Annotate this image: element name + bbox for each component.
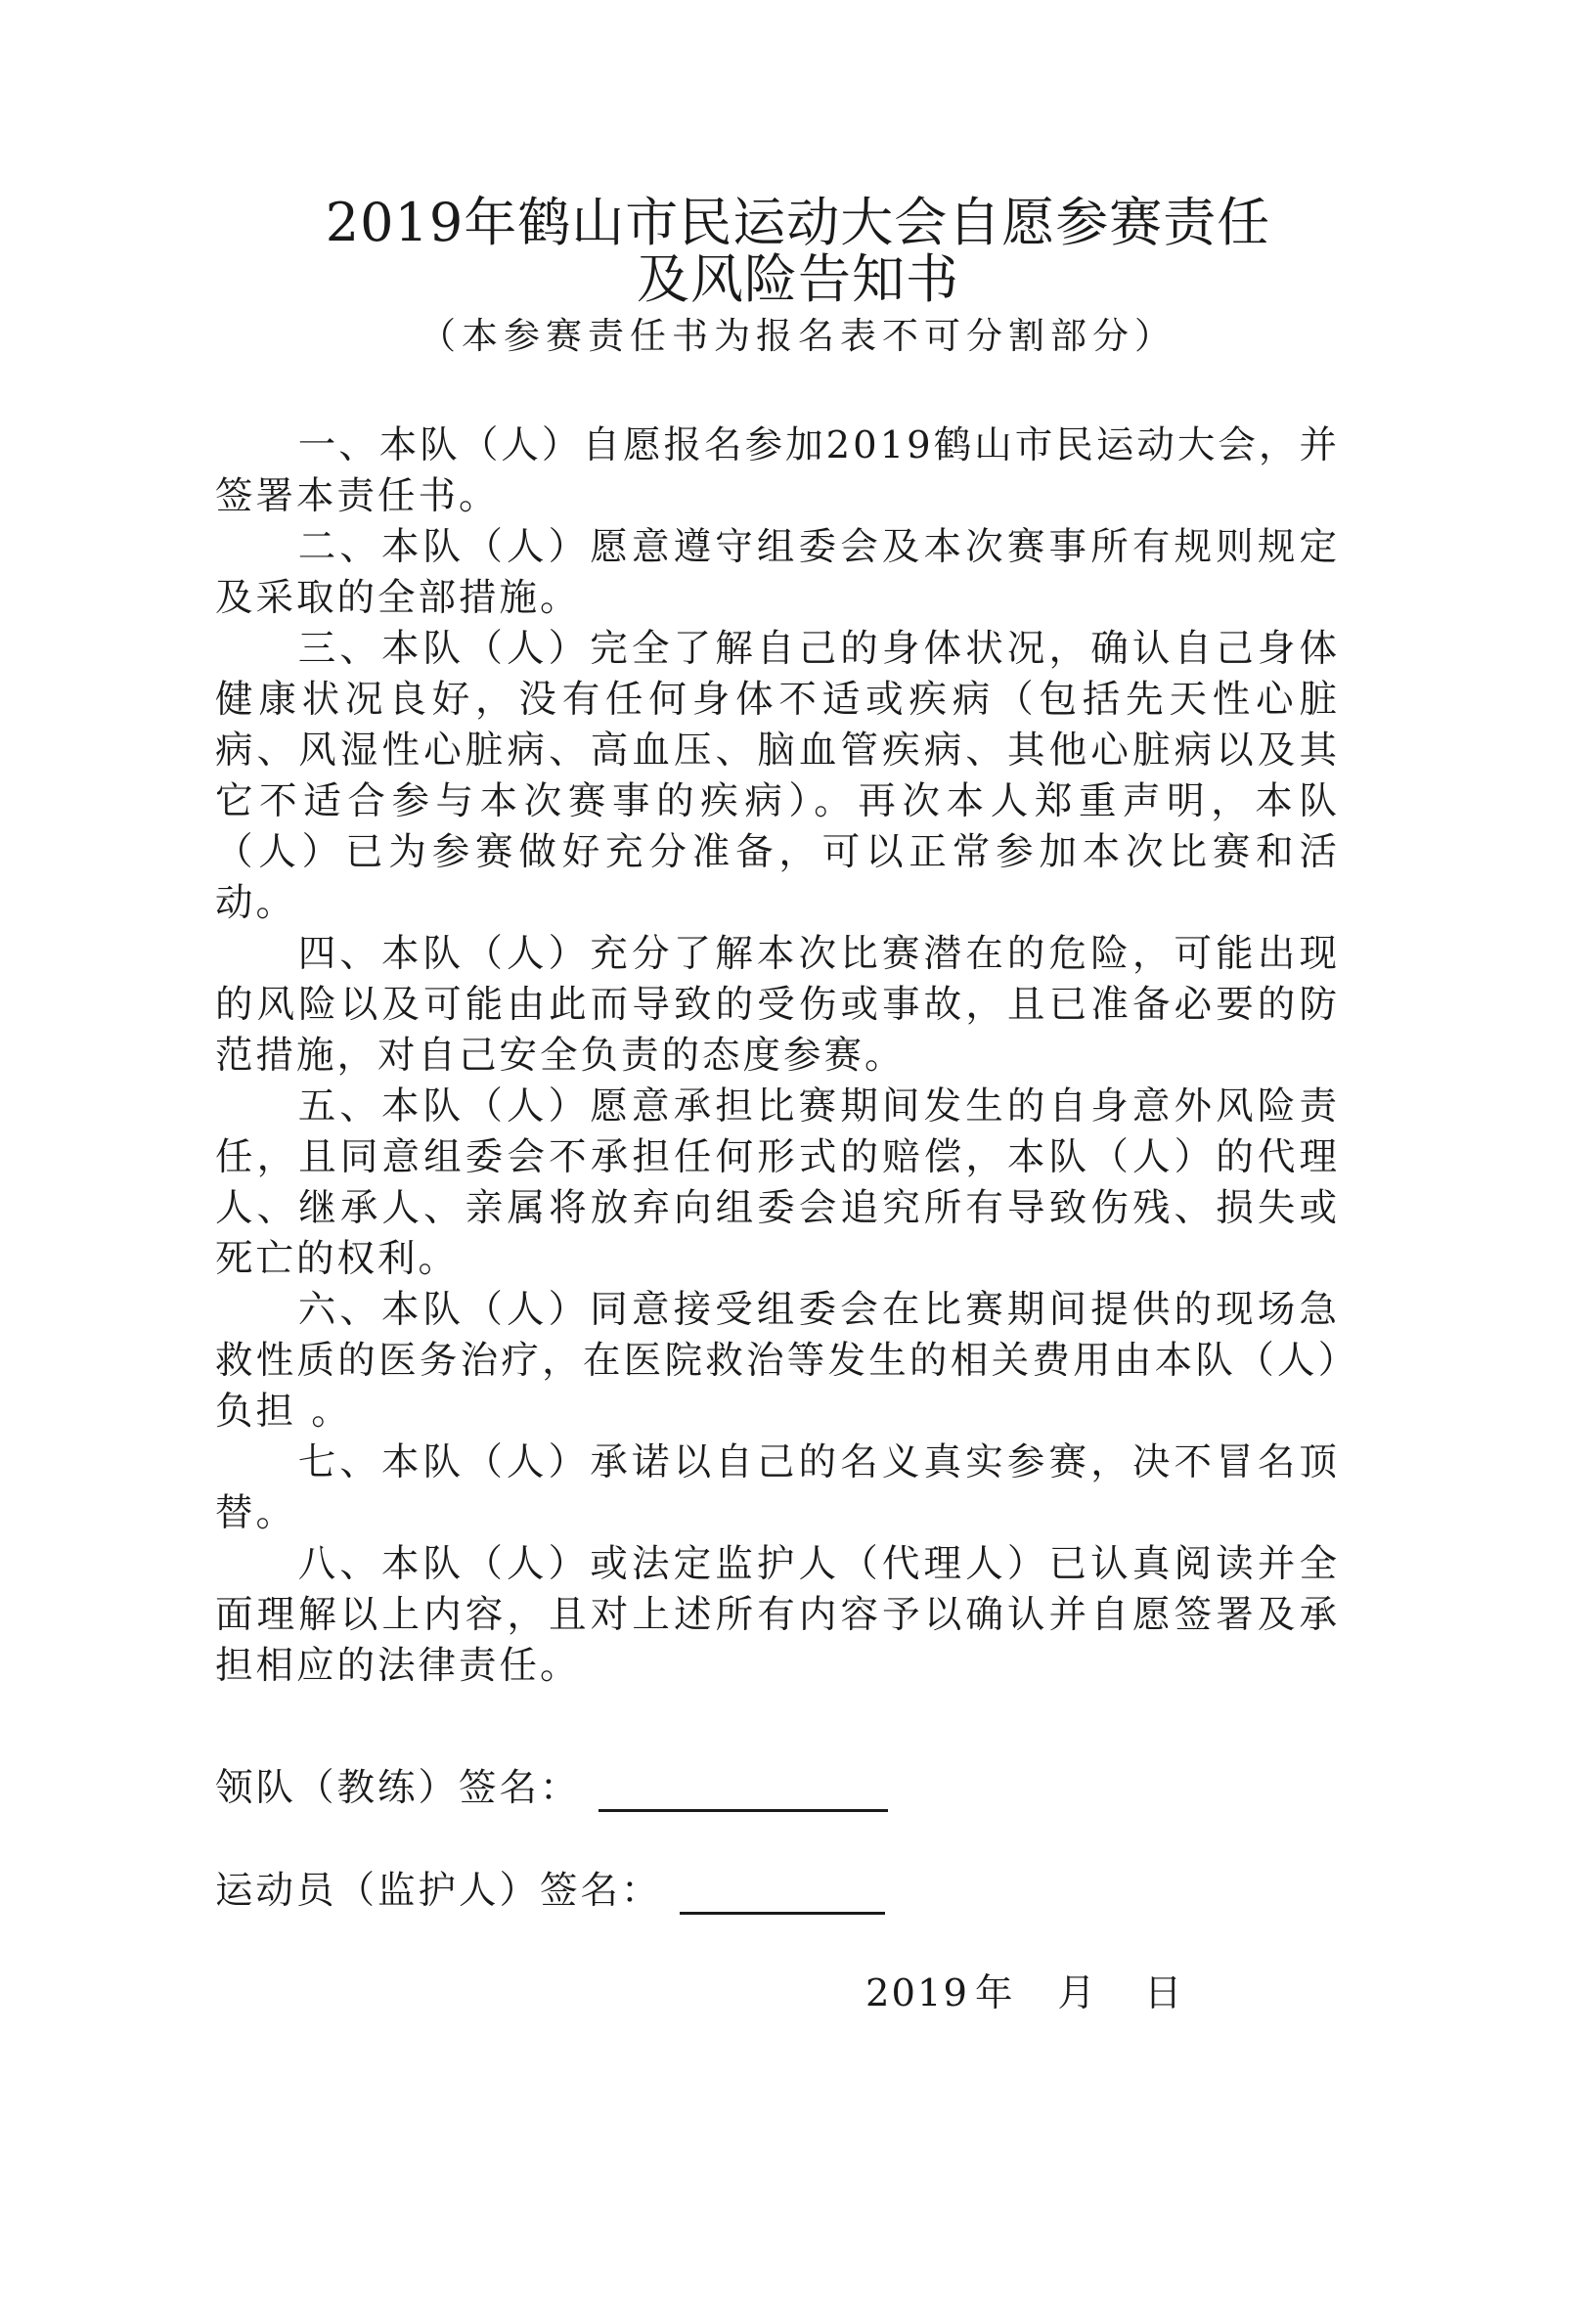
date-day-unit: 日 (1144, 1970, 1184, 2017)
document-page: 2019年鹤山市民运动大会自愿参赛责任 及风险告知书 （本参赛责任书为报名表不可… (0, 0, 1596, 2300)
clause-1: 一、本队（人）自愿报名参加2019鹤山市民运动大会，并签署本责任书。 (215, 420, 1340, 522)
signing-date: 2019 年 月 日 (865, 1970, 1184, 2017)
leader-signature-line[interactable] (598, 1774, 888, 1812)
clause-4: 四、本队（人）充分了解本次比赛潜在的危险，可能出现的风险以及可能由此而导致的受伤… (215, 929, 1340, 1082)
date-year: 2019 (865, 1970, 969, 2017)
leader-signature-row: 领队（教练）签名： (215, 1765, 888, 1812)
clause-5: 五、本队（人）愿意承担比赛期间发生的自身意外风险责任，且同意组委会不承担任何形式… (215, 1082, 1340, 1285)
document-body: 一、本队（人）自愿报名参加2019鹤山市民运动大会，并签署本责任书。 二、本队（… (215, 420, 1340, 1692)
athlete-signature-label: 运动员（监护人）签名： (215, 1868, 662, 1915)
clause-7: 七、本队（人）承诺以自己的名义真实参赛，决不冒名顶替。 (215, 1437, 1340, 1539)
date-month-unit: 月 (1058, 1970, 1098, 2017)
athlete-signature-row: 运动员（监护人）签名： (215, 1868, 885, 1915)
athlete-signature-line[interactable] (680, 1877, 885, 1915)
document-title-line-1: 2019年鹤山市民运动大会自愿参赛责任 (0, 194, 1596, 252)
document-title-line-2: 及风险告知书 (0, 250, 1596, 309)
document-subtitle: （本参赛责任书为报名表不可分割部分） (0, 315, 1596, 358)
date-year-unit: 年 (975, 1970, 1015, 2017)
clause-8: 八、本队（人）或法定监护人（代理人）已认真阅读并全面理解以上内容，且对上述所有内… (215, 1539, 1340, 1692)
leader-signature-label: 领队（教练）签名： (215, 1765, 581, 1812)
clause-3: 三、本队（人）完全了解自己的身体状况，确认自己身体健康状况良好，没有任何身体不适… (215, 624, 1340, 929)
clause-2: 二、本队（人）愿意遵守组委会及本次赛事所有规则规定及采取的全部措施。 (215, 522, 1340, 624)
clause-6: 六、本队（人）同意接受组委会在比赛期间提供的现场急救性质的医务治疗，在医院救治等… (215, 1285, 1340, 1437)
